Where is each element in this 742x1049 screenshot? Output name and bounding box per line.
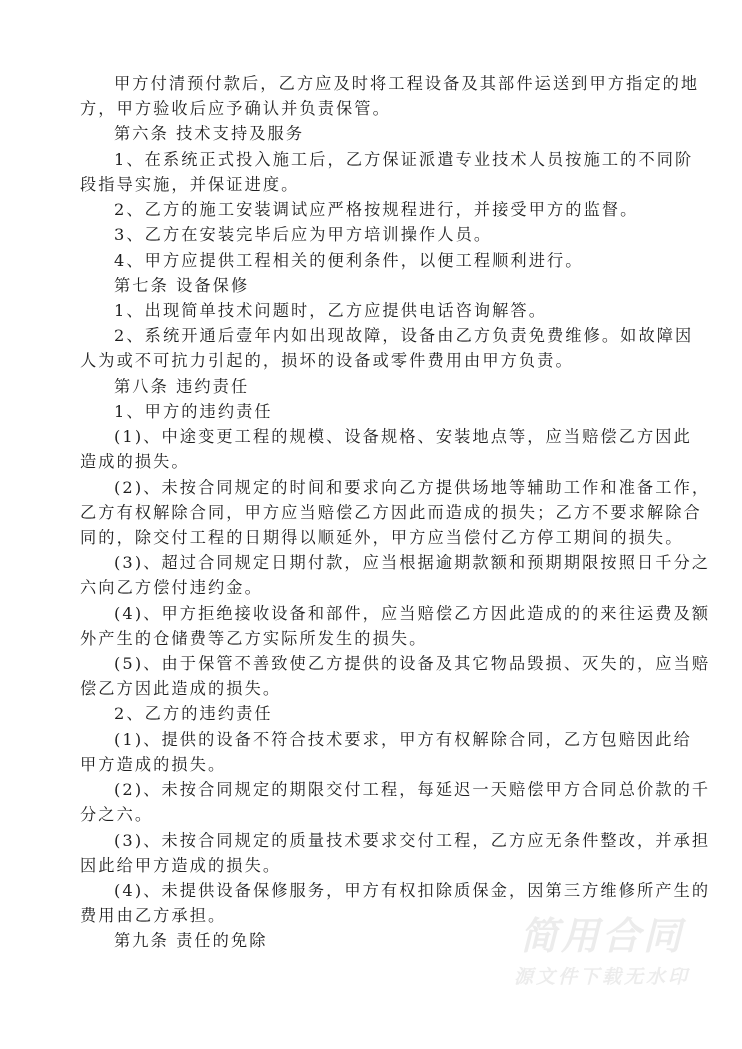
text-line: 六向乙方偿付违约金。 [80,575,664,600]
text-line: (3)、超过合同规定日期付款，应当根据逾期款额和预期期限按照日千分之 [80,550,664,575]
text-line: 外产生的仓储费等乙方实际所发生的损失。 [80,626,664,651]
text-line: 1、甲方的违约责任 [80,399,664,424]
document-body: 甲方付清预付款后，乙方应及时将工程设备及其部件运送到甲方指定的地方，甲方验收后应… [80,71,664,954]
text-line: 甲方造成的损失。 [80,752,664,777]
text-line: (5)、由于保管不善致使乙方提供的设备及其它物品毁损、灭失的，应当赔 [80,651,664,676]
watermark: 简用合同 源文件下载无水印 [512,914,692,990]
text-line: (4)、甲方拒绝接收设备和部件，应当赔偿乙方因此造成的的来往运费及额 [80,601,664,626]
text-line: 甲方付清预付款后，乙方应及时将工程设备及其部件运送到甲方指定的地 [80,71,664,96]
text-line: 造成的损失。 [80,449,664,474]
text-line: 2、乙方的施工安装调试应严格按规程进行，并接受甲方的监督。 [80,197,664,222]
text-line: 段指导实施，并保证进度。 [80,172,664,197]
text-line: 1、出现简单技术问题时，乙方应提供电话咨询解答。 [80,298,664,323]
text-line: 人为或不可抗力引起的，损坏的设备或零件费用由甲方负责。 [80,348,664,373]
text-line: (2)、未按合同规定的时间和要求向乙方提供场地等辅助工作和准备工作， [80,475,664,500]
text-line: (3)、未按合同规定的质量技术要求交付工程，乙方应无条件整改，并承担 [80,828,664,853]
text-line: 方，甲方验收后应予确认并负责保管。 [80,96,664,121]
text-line: 分之六。 [80,802,664,827]
text-line: (1)、中途变更工程的规模、设备规格、安装地点等，应当赔偿乙方因此 [80,424,664,449]
watermark-subtitle: 源文件下载无水印 [512,964,692,990]
text-line: (4)、未提供设备保修服务，甲方有权扣除质保金，因第三方维修所产生的 [80,878,664,903]
text-line: 因此给甲方造成的损失。 [80,853,664,878]
text-line: 乙方有权解除合同，甲方应当赔偿乙方因此而造成的损失；乙方不要求解除合 [80,500,664,525]
text-line: 4、甲方应提供工程相关的便利条件，以便工程顺利进行。 [80,248,664,273]
text-line: 偿乙方因此造成的损失。 [80,676,664,701]
text-line: 第八条 违约责任 [80,374,664,399]
text-line: 第七条 设备保修 [80,273,664,298]
text-line: 2、乙方的违约责任 [80,701,664,726]
text-line: (1)、提供的设备不符合技术要求，甲方有权解除合同，乙方包赔因此给 [80,727,664,752]
text-line: 2、系统开通后壹年内如出现故障，设备由乙方负责免费维修。如故障因 [80,323,664,348]
text-line: 同的，除交付工程的日期得以顺延外，甲方应当偿付乙方停工期间的损失。 [80,525,664,550]
watermark-title: 简用合同 [512,914,692,958]
text-line: 第六条 技术支持及服务 [80,121,664,146]
text-line: 1、在系统正式投入施工后，乙方保证派遣专业技术人员按施工的不同阶 [80,147,664,172]
document-page: 甲方付清预付款后，乙方应及时将工程设备及其部件运送到甲方指定的地方，甲方验收后应… [0,0,742,1049]
text-line: (2)、未按合同规定的期限交付工程，每延迟一天赔偿甲方合同总价款的千 [80,777,664,802]
text-line: 3、乙方在安装完毕后应为甲方培训操作人员。 [80,222,664,247]
